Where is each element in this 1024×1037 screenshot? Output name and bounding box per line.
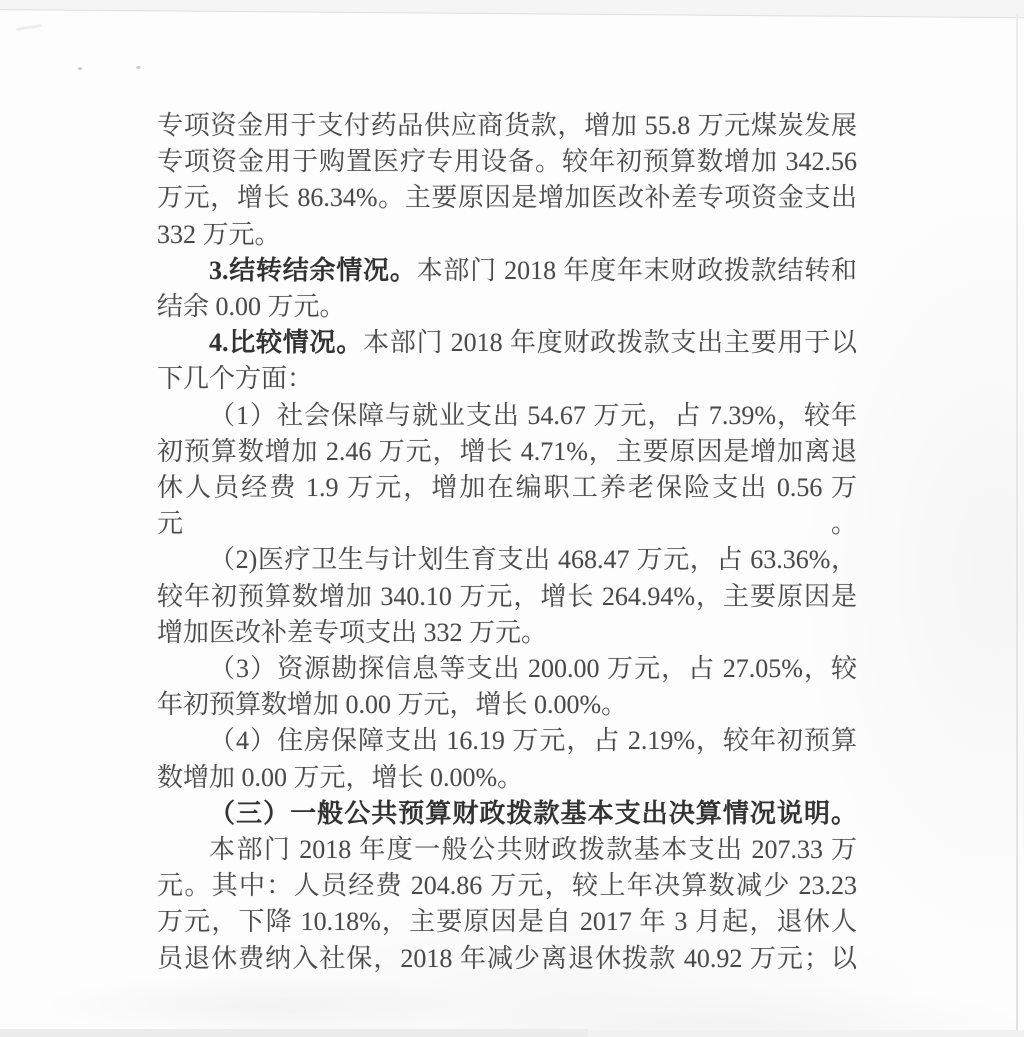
line-text: 专项资金用于购置医疗专用设备。较年初预算数增加 342.56 xyxy=(157,147,857,176)
scan-bottom-edge-artifact xyxy=(588,1030,1024,1037)
scanned-page: 专项资金用于支付药品供应商货款，增加 55.8 万元煤炭发展 专项资金用于购置医… xyxy=(0,0,1024,1037)
line-text: （4）住房保障支出 16.19 万元，占 2.19%，较年初预算 xyxy=(209,726,857,755)
line-text: 数增加 0.00 万元，增长 0.00%。 xyxy=(157,763,523,792)
line-text: 增加医改补差专项支出 332 万元。 xyxy=(157,618,547,647)
text-line: 增加医改补差专项支出 332 万元。 xyxy=(157,615,857,651)
scan-smudge xyxy=(16,24,42,31)
line-text: 本部门 2018 年度财政拨款支出主要用于以 xyxy=(363,328,857,357)
scan-speck xyxy=(136,66,141,70)
text-line: 万元，下降 10.18%，主要原因是自 2017 年 3 月起，退休人 xyxy=(157,904,857,940)
line-text: 本部门 2018 年度一般公共财政拨款基本支出 207.33 万 xyxy=(209,835,857,864)
text-line: 休人员经费 1.9 万元，增加在编职工养老保险支出 0.56 万元。 xyxy=(157,470,857,542)
text-line: （4）住房保障支出 16.19 万元，占 2.19%，较年初预算 xyxy=(157,723,857,759)
line-text: 本部门 2018 年度年末财政拨款结转和 xyxy=(417,256,857,285)
text-line: 数增加 0.00 万元，增长 0.00%。 xyxy=(157,760,857,796)
text-line: 万元，增长 86.34%。主要原因是增加医改补差专项资金支出 xyxy=(157,180,857,216)
text-line: 3.结转结余情况。本部门 2018 年度年末财政拨款结转和 xyxy=(157,253,857,289)
line-text: 结余 0.00 万元。 xyxy=(157,292,346,321)
text-line: （三）一般公共预算财政拨款基本支出决算情况说明。 xyxy=(157,796,857,832)
text-line: 年初预算数增加 0.00 万元，增长 0.00%。 xyxy=(157,687,857,723)
heading-text: （三）一般公共预算财政拨款基本支出决算情况说明。 xyxy=(209,799,857,828)
line-text: （1）社会保障与就业支出 54.67 万元，占 7.39%，较年 xyxy=(209,401,857,430)
line-text: 万元，增长 86.34%。主要原因是增加医改补差专项资金支出 xyxy=(157,183,857,212)
text-line: 专项资金用于购置医疗专用设备。较年初预算数增加 342.56 xyxy=(157,144,857,180)
line-text: 较年初预算数增加 340.10 万元，增长 264.94%，主要原因是 xyxy=(157,582,857,611)
scan-bottom-edge-artifact xyxy=(0,1029,588,1037)
text-line: 结余 0.00 万元。 xyxy=(157,289,857,325)
text-line: （3）资源勘探信息等支出 200.00 万元，占 27.05%，较 xyxy=(157,651,857,687)
line-text: 万元，下降 10.18%，主要原因是自 2017 年 3 月起，退休人 xyxy=(157,907,857,936)
line-text: 初预算数增加 2.46 万元，增长 4.71%，主要原因是增加离退 xyxy=(157,437,857,466)
text-line: （1）社会保障与就业支出 54.67 万元，占 7.39%，较年 xyxy=(157,398,857,434)
line-text: 下几个方面： xyxy=(157,364,313,393)
text-line: （2)医疗卫生与计划生育支出 468.47 万元，占 63.36%， xyxy=(157,542,857,578)
line-text: 332 万元。 xyxy=(157,220,281,249)
scan-speck xyxy=(78,67,82,70)
text-line: 员退休费纳入社保，2018 年减少离退休拨款 40.92 万元；以 xyxy=(157,941,857,977)
line-text: 专项资金用于支付药品供应商货款，增加 55.8 万元煤炭发展 xyxy=(157,111,857,140)
text-line: 4.比较情况。本部门 2018 年度财政拨款支出主要用于以 xyxy=(157,325,857,361)
scan-top-edge-artifact xyxy=(0,0,1024,19)
line-text: 休人员经费 1.9 万元，增加在编职工养老保险支出 0.56 万元。 xyxy=(157,473,857,538)
text-line: 下几个方面： xyxy=(157,361,857,397)
text-line: 专项资金用于支付药品供应商货款，增加 55.8 万元煤炭发展 xyxy=(157,108,857,144)
line-text: 员退休费纳入社保，2018 年减少离退休拨款 40.92 万元；以 xyxy=(157,944,857,973)
line-text: 元。其中：人员经费 204.86 万元，较上年决算数减少 23.23 xyxy=(157,871,857,900)
text-line: 初预算数增加 2.46 万元，增长 4.71%，主要原因是增加离退 xyxy=(157,434,857,470)
line-text: （2)医疗卫生与计划生育支出 468.47 万元，占 63.36%， xyxy=(209,545,857,574)
text-line: 元。其中：人员经费 204.86 万元，较上年决算数减少 23.23 xyxy=(157,868,857,904)
line-text: （3）资源勘探信息等支出 200.00 万元，占 27.05%，较 xyxy=(209,654,857,683)
heading-text: 4.比较情况。 xyxy=(209,328,363,357)
document-text: 专项资金用于支付药品供应商货款，增加 55.8 万元煤炭发展 专项资金用于购置医… xyxy=(157,108,857,977)
text-line: 332 万元。 xyxy=(157,217,857,253)
heading-text: 3.结转结余情况。 xyxy=(209,256,417,285)
scan-right-edge-artifact xyxy=(1016,14,1018,1037)
text-line: 较年初预算数增加 340.10 万元，增长 264.94%，主要原因是 xyxy=(157,579,857,615)
text-line: 本部门 2018 年度一般公共财政拨款基本支出 207.33 万 xyxy=(157,832,857,868)
line-text: 年初预算数增加 0.00 万元，增长 0.00%。 xyxy=(157,690,627,719)
